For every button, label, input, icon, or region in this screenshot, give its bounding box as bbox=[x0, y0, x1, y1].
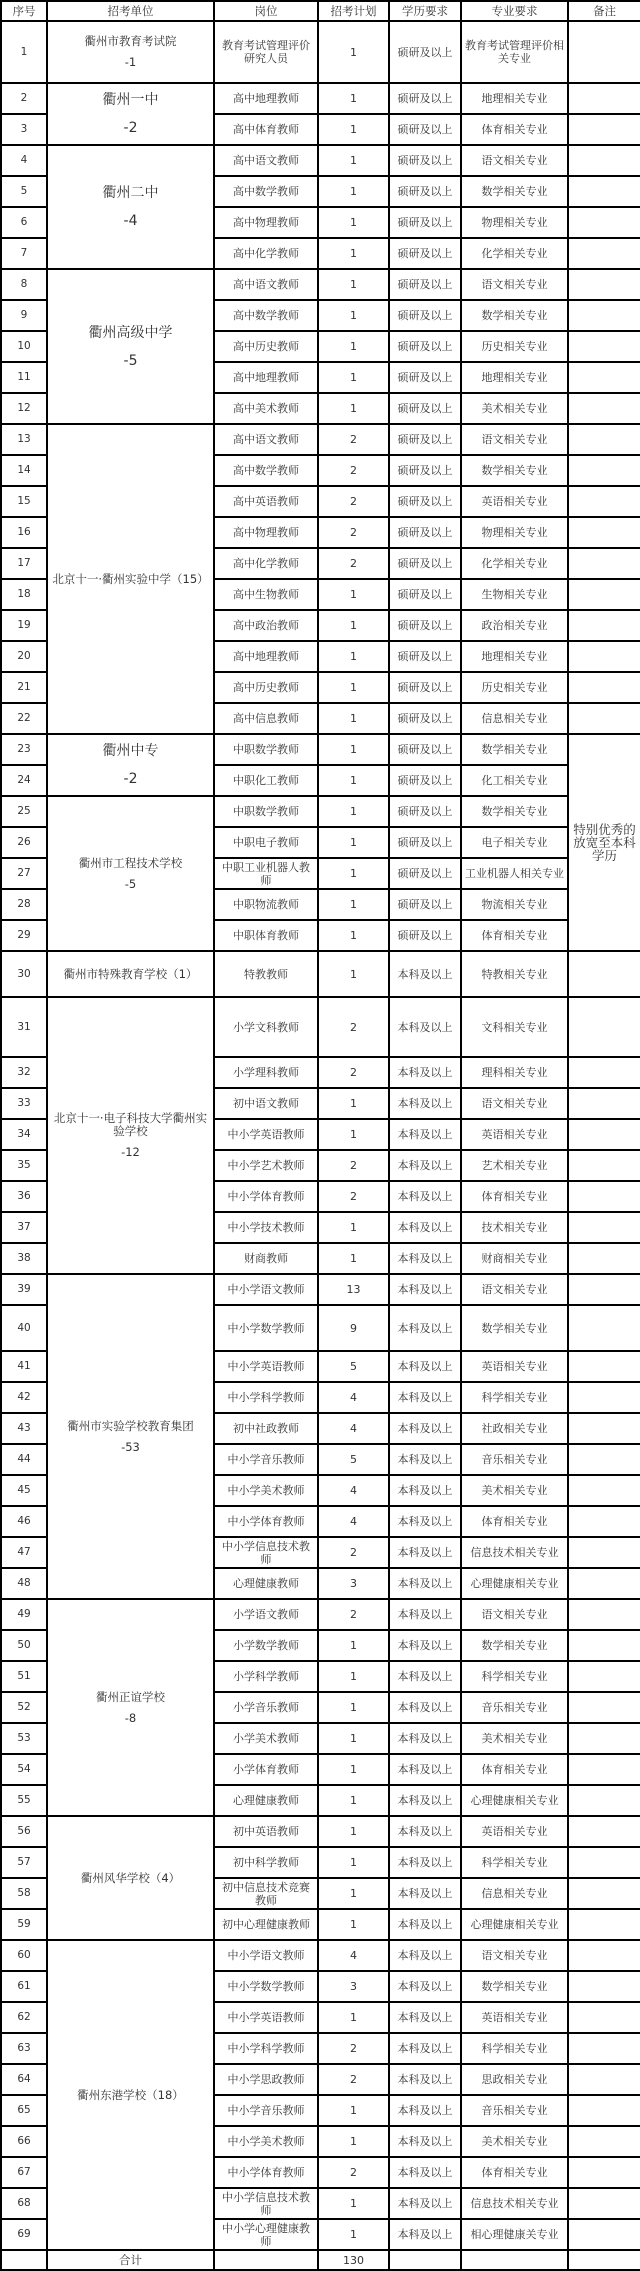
plan-cell: 2 bbox=[318, 1599, 389, 1630]
post-cell: 心理健康教师 bbox=[214, 1568, 318, 1599]
post-cell: 小学体育教师 bbox=[214, 1754, 318, 1785]
edu-cell: 本科及以上 bbox=[389, 1181, 461, 1212]
plan-cell: 1 bbox=[318, 1661, 389, 1692]
remark-cell bbox=[568, 579, 640, 610]
seq-cell: 45 bbox=[1, 1475, 47, 1506]
table-body: 1衢州市教育考试院-1教育考试管理评价研究人员1硕研及以上教育考试管理评价相关专… bbox=[1, 21, 640, 2250]
edu-cell: 硕研及以上 bbox=[389, 393, 461, 424]
major-cell: 体育相关专业 bbox=[461, 1181, 568, 1212]
seq-cell: 24 bbox=[1, 765, 47, 796]
edu-cell: 硕研及以上 bbox=[389, 21, 461, 83]
seq-cell: 68 bbox=[1, 2188, 47, 2219]
remark-cell bbox=[568, 1274, 640, 1305]
plan-cell: 2 bbox=[318, 997, 389, 1057]
edu-cell: 本科及以上 bbox=[389, 1971, 461, 2002]
plan-cell: 4 bbox=[318, 1413, 389, 1444]
remark-cell bbox=[568, 455, 640, 486]
seq-cell: 56 bbox=[1, 1816, 47, 1847]
post-cell: 高中数学教师 bbox=[214, 300, 318, 331]
plan-cell: 1 bbox=[318, 672, 389, 703]
remark-cell bbox=[568, 1847, 640, 1878]
post-cell: 初中信息技术竞赛教师 bbox=[214, 1878, 318, 1909]
plan-cell: 1 bbox=[318, 238, 389, 269]
seq-cell: 38 bbox=[1, 1243, 47, 1274]
major-cell: 体育相关专业 bbox=[461, 2157, 568, 2188]
edu-cell: 硕研及以上 bbox=[389, 796, 461, 827]
major-cell: 语文相关专业 bbox=[461, 424, 568, 455]
edu-cell: 本科及以上 bbox=[389, 2064, 461, 2095]
post-cell: 中职工业机器人教师 bbox=[214, 858, 318, 889]
remark-cell bbox=[568, 1243, 640, 1274]
major-cell: 心理健康相关专业 bbox=[461, 1785, 568, 1816]
remark-cell bbox=[568, 1723, 640, 1754]
post-cell: 初中社政教师 bbox=[214, 1413, 318, 1444]
plan-cell: 4 bbox=[318, 1940, 389, 1971]
unit-cell: 衢州二中-4 bbox=[47, 145, 214, 269]
major-cell: 化学相关专业 bbox=[461, 238, 568, 269]
plan-cell: 1 bbox=[318, 2188, 389, 2219]
edu-cell: 本科及以上 bbox=[389, 1599, 461, 1630]
post-cell: 中小学语文教师 bbox=[214, 1940, 318, 1971]
post-cell: 中小学信息技术教师 bbox=[214, 2188, 318, 2219]
plan-cell: 1 bbox=[318, 2095, 389, 2126]
edu-cell: 硕研及以上 bbox=[389, 238, 461, 269]
edu-cell: 本科及以上 bbox=[389, 2219, 461, 2250]
total-remark bbox=[568, 2250, 640, 2270]
post-cell: 高中化学教师 bbox=[214, 548, 318, 579]
post-cell: 高中美术教师 bbox=[214, 393, 318, 424]
post-cell: 中小学语文教师 bbox=[214, 1274, 318, 1305]
major-cell: 数学相关专业 bbox=[461, 455, 568, 486]
major-cell: 数学相关专业 bbox=[461, 734, 568, 765]
seq-cell: 19 bbox=[1, 610, 47, 641]
plan-cell: 1 bbox=[318, 1878, 389, 1909]
plan-cell: 1 bbox=[318, 176, 389, 207]
plan-cell: 1 bbox=[318, 1088, 389, 1119]
major-cell: 科学相关专业 bbox=[461, 1847, 568, 1878]
unit-count: -2 bbox=[50, 769, 211, 789]
major-cell: 体育相关专业 bbox=[461, 114, 568, 145]
plan-cell: 1 bbox=[318, 1243, 389, 1274]
plan-cell: 1 bbox=[318, 1785, 389, 1816]
edu-cell: 硕研及以上 bbox=[389, 176, 461, 207]
major-cell: 数学相关专业 bbox=[461, 176, 568, 207]
remark-cell bbox=[568, 1305, 640, 1351]
seq-cell: 6 bbox=[1, 207, 47, 238]
unit-name: 衢州二中 bbox=[103, 185, 159, 201]
unit-count: -4 bbox=[50, 211, 211, 231]
seq-cell: 25 bbox=[1, 796, 47, 827]
post-cell: 高中历史教师 bbox=[214, 672, 318, 703]
major-cell: 财商相关专业 bbox=[461, 1243, 568, 1274]
remark-cell bbox=[568, 1878, 640, 1909]
major-cell: 英语相关专业 bbox=[461, 1351, 568, 1382]
seq-cell: 46 bbox=[1, 1506, 47, 1537]
seq-cell: 52 bbox=[1, 1692, 47, 1723]
post-cell: 中小学美术教师 bbox=[214, 1475, 318, 1506]
edu-cell: 本科及以上 bbox=[389, 1816, 461, 1847]
remark-cell bbox=[568, 703, 640, 734]
major-cell: 美术相关专业 bbox=[461, 1723, 568, 1754]
header-seq: 序号 bbox=[1, 1, 47, 21]
plan-cell: 2 bbox=[318, 548, 389, 579]
remark-cell bbox=[568, 393, 640, 424]
major-cell: 体育相关专业 bbox=[461, 1754, 568, 1785]
seq-cell: 12 bbox=[1, 393, 47, 424]
edu-cell: 本科及以上 bbox=[389, 2095, 461, 2126]
major-cell: 美术相关专业 bbox=[461, 1475, 568, 1506]
seq-cell: 57 bbox=[1, 1847, 47, 1878]
plan-cell: 2 bbox=[318, 517, 389, 548]
seq-cell: 23 bbox=[1, 734, 47, 765]
plan-cell: 1 bbox=[318, 145, 389, 176]
total-label: 合计 bbox=[47, 2250, 214, 2270]
major-cell: 体育相关专业 bbox=[461, 1506, 568, 1537]
plan-cell: 2 bbox=[318, 1181, 389, 1212]
plan-cell: 1 bbox=[318, 1212, 389, 1243]
table-row: 56衢州风华学校（4）初中英语教师1本科及以上英语相关专业 bbox=[1, 1816, 640, 1847]
major-cell: 心理健康相关专业 bbox=[461, 1568, 568, 1599]
plan-cell: 4 bbox=[318, 1382, 389, 1413]
major-cell: 英语相关专业 bbox=[461, 1816, 568, 1847]
total-post bbox=[214, 2250, 318, 2270]
post-cell: 小学文科教师 bbox=[214, 997, 318, 1057]
plan-cell: 1 bbox=[318, 703, 389, 734]
major-cell: 数学相关专业 bbox=[461, 796, 568, 827]
post-cell: 小学美术教师 bbox=[214, 1723, 318, 1754]
seq-cell: 7 bbox=[1, 238, 47, 269]
seq-cell: 20 bbox=[1, 641, 47, 672]
post-cell: 中小学艺术教师 bbox=[214, 1150, 318, 1181]
seq-cell: 44 bbox=[1, 1444, 47, 1475]
seq-cell: 48 bbox=[1, 1568, 47, 1599]
major-cell: 工业机器人相关专业 bbox=[461, 858, 568, 889]
post-cell: 中小学信息技术教师 bbox=[214, 1537, 318, 1568]
seq-cell: 41 bbox=[1, 1351, 47, 1382]
edu-cell: 硕研及以上 bbox=[389, 486, 461, 517]
header-row: 序号 招考单位 岗位 招考计划 学历要求 专业要求 备注 bbox=[1, 1, 640, 21]
plan-cell: 1 bbox=[318, 1754, 389, 1785]
post-cell: 中小学美术教师 bbox=[214, 2126, 318, 2157]
remark-cell bbox=[568, 1568, 640, 1599]
edu-cell: 本科及以上 bbox=[389, 1351, 461, 1382]
edu-cell: 硕研及以上 bbox=[389, 517, 461, 548]
major-cell: 语文相关专业 bbox=[461, 1088, 568, 1119]
edu-cell: 本科及以上 bbox=[389, 1785, 461, 1816]
remark-cell bbox=[568, 2095, 640, 2126]
unit-name: 北京十一·电子科技大学衢州实验学校 bbox=[54, 1111, 207, 1138]
major-cell: 历史相关专业 bbox=[461, 331, 568, 362]
remark-cell bbox=[568, 1940, 640, 1971]
unit-cell: 衢州一中-2 bbox=[47, 83, 214, 145]
major-cell: 数学相关专业 bbox=[461, 1630, 568, 1661]
plan-cell: 1 bbox=[318, 641, 389, 672]
table-row: 1衢州市教育考试院-1教育考试管理评价研究人员1硕研及以上教育考试管理评价相关专… bbox=[1, 21, 640, 83]
plan-cell: 2 bbox=[318, 1057, 389, 1088]
plan-cell: 1 bbox=[318, 2002, 389, 2033]
major-cell: 信息技术相关专业 bbox=[461, 1537, 568, 1568]
edu-cell: 硕研及以上 bbox=[389, 455, 461, 486]
post-cell: 高中语文教师 bbox=[214, 145, 318, 176]
unit-cell: 衢州东港学校（18） bbox=[47, 1940, 214, 2250]
plan-cell: 1 bbox=[318, 889, 389, 920]
edu-cell: 硕研及以上 bbox=[389, 610, 461, 641]
remark-cell bbox=[568, 331, 640, 362]
remark-cell bbox=[568, 1119, 640, 1150]
edu-cell: 硕研及以上 bbox=[389, 858, 461, 889]
post-cell: 小学理科教师 bbox=[214, 1057, 318, 1088]
seq-cell: 13 bbox=[1, 424, 47, 455]
plan-cell: 2 bbox=[318, 2033, 389, 2064]
table-row: 49衢州正谊学校-8小学语文教师2本科及以上语文相关专业 bbox=[1, 1599, 640, 1630]
remark-cell bbox=[568, 145, 640, 176]
seq-cell: 47 bbox=[1, 1537, 47, 1568]
major-cell: 体育相关专业 bbox=[461, 920, 568, 951]
unit-name: 衢州市实验学校教育集团 bbox=[67, 1419, 194, 1433]
major-cell: 信息技术相关专业 bbox=[461, 2188, 568, 2219]
remark-cell bbox=[568, 997, 640, 1057]
plan-cell: 2 bbox=[318, 486, 389, 517]
unit-cell: 衢州市工程技术学校-5 bbox=[47, 796, 214, 951]
major-cell: 数学相关专业 bbox=[461, 1971, 568, 2002]
post-cell: 初中科学教师 bbox=[214, 1847, 318, 1878]
plan-cell: 1 bbox=[318, 734, 389, 765]
major-cell: 化学相关专业 bbox=[461, 548, 568, 579]
post-cell: 高中历史教师 bbox=[214, 331, 318, 362]
unit-count: -2 bbox=[50, 118, 211, 138]
remark-cell bbox=[568, 1971, 640, 2002]
remark-cell: 特别优秀的放宽至本科学历 bbox=[568, 734, 640, 951]
edu-cell: 本科及以上 bbox=[389, 1475, 461, 1506]
major-cell: 音乐相关专业 bbox=[461, 1444, 568, 1475]
remark-cell bbox=[568, 1506, 640, 1537]
post-cell: 中小学体育教师 bbox=[214, 1181, 318, 1212]
major-cell: 教育考试管理评价相关专业 bbox=[461, 21, 568, 83]
unit-name: 衢州中专 bbox=[103, 743, 159, 759]
post-cell: 高中信息教师 bbox=[214, 703, 318, 734]
unit-name: 衢州一中 bbox=[103, 92, 159, 108]
edu-cell: 本科及以上 bbox=[389, 1723, 461, 1754]
unit-name: 衢州市特殊教育学校（1） bbox=[64, 967, 198, 981]
plan-cell: 2 bbox=[318, 455, 389, 486]
post-cell: 中小学英语教师 bbox=[214, 2002, 318, 2033]
table-row: 23衢州中专-2中职数学教师1硕研及以上数学相关专业特别优秀的放宽至本科学历 bbox=[1, 734, 640, 765]
plan-cell: 1 bbox=[318, 83, 389, 114]
unit-cell: 衢州市教育考试院-1 bbox=[47, 21, 214, 83]
total-edu bbox=[389, 2250, 461, 2270]
unit-cell: 北京十一·衢州实验中学（15） bbox=[47, 424, 214, 734]
remark-cell bbox=[568, 1382, 640, 1413]
major-cell: 政治相关专业 bbox=[461, 610, 568, 641]
major-cell: 地理相关专业 bbox=[461, 83, 568, 114]
remark-cell bbox=[568, 2002, 640, 2033]
major-cell: 英语相关专业 bbox=[461, 1119, 568, 1150]
post-cell: 教育考试管理评价研究人员 bbox=[214, 21, 318, 83]
post-cell: 高中语文教师 bbox=[214, 269, 318, 300]
seq-cell: 55 bbox=[1, 1785, 47, 1816]
plan-cell: 1 bbox=[318, 765, 389, 796]
plan-cell: 13 bbox=[318, 1274, 389, 1305]
total-major bbox=[461, 2250, 568, 2270]
edu-cell: 硕研及以上 bbox=[389, 114, 461, 145]
edu-cell: 本科及以上 bbox=[389, 1088, 461, 1119]
major-cell: 语文相关专业 bbox=[461, 1940, 568, 1971]
remark-cell bbox=[568, 176, 640, 207]
plan-cell: 3 bbox=[318, 1971, 389, 2002]
remark-cell bbox=[568, 1630, 640, 1661]
post-cell: 中小学音乐教师 bbox=[214, 1444, 318, 1475]
plan-cell: 1 bbox=[318, 1630, 389, 1661]
edu-cell: 硕研及以上 bbox=[389, 362, 461, 393]
seq-cell: 15 bbox=[1, 486, 47, 517]
total-plan: 130 bbox=[318, 2250, 389, 2270]
major-cell: 美术相关专业 bbox=[461, 2126, 568, 2157]
post-cell: 高中数学教师 bbox=[214, 455, 318, 486]
post-cell: 高中化学教师 bbox=[214, 238, 318, 269]
major-cell: 化工相关专业 bbox=[461, 765, 568, 796]
plan-cell: 9 bbox=[318, 1305, 389, 1351]
edu-cell: 本科及以上 bbox=[389, 2126, 461, 2157]
remark-cell bbox=[568, 269, 640, 300]
seq-cell: 62 bbox=[1, 2002, 47, 2033]
seq-cell: 66 bbox=[1, 2126, 47, 2157]
major-cell: 科学相关专业 bbox=[461, 2033, 568, 2064]
edu-cell: 本科及以上 bbox=[389, 951, 461, 997]
remark-cell bbox=[568, 2188, 640, 2219]
major-cell: 社政相关专业 bbox=[461, 1413, 568, 1444]
seq-cell: 22 bbox=[1, 703, 47, 734]
post-cell: 中小学思政教师 bbox=[214, 2064, 318, 2095]
edu-cell: 本科及以上 bbox=[389, 1413, 461, 1444]
post-cell: 小学数学教师 bbox=[214, 1630, 318, 1661]
unit-cell: 衢州风华学校（4） bbox=[47, 1816, 214, 1940]
edu-cell: 本科及以上 bbox=[389, 1847, 461, 1878]
edu-cell: 本科及以上 bbox=[389, 1119, 461, 1150]
plan-cell: 2 bbox=[318, 1150, 389, 1181]
major-cell: 语文相关专业 bbox=[461, 1274, 568, 1305]
major-cell: 电子相关专业 bbox=[461, 827, 568, 858]
seq-cell: 21 bbox=[1, 672, 47, 703]
edu-cell: 本科及以上 bbox=[389, 1444, 461, 1475]
table-row: 39衢州市实验学校教育集团-53中小学语文教师13本科及以上语文相关专业 bbox=[1, 1274, 640, 1305]
edu-cell: 硕研及以上 bbox=[389, 424, 461, 455]
seq-cell: 9 bbox=[1, 300, 47, 331]
remark-cell bbox=[568, 951, 640, 997]
seq-cell: 61 bbox=[1, 1971, 47, 2002]
post-cell: 高中语文教师 bbox=[214, 424, 318, 455]
unit-name: 衢州东港学校（18） bbox=[77, 2088, 184, 2102]
plan-cell: 1 bbox=[318, 951, 389, 997]
remark-cell bbox=[568, 641, 640, 672]
seq-cell: 65 bbox=[1, 2095, 47, 2126]
seq-cell: 14 bbox=[1, 455, 47, 486]
edu-cell: 硕研及以上 bbox=[389, 145, 461, 176]
plan-cell: 5 bbox=[318, 1444, 389, 1475]
seq-cell: 37 bbox=[1, 1212, 47, 1243]
seq-cell: 59 bbox=[1, 1909, 47, 1940]
seq-cell: 3 bbox=[1, 114, 47, 145]
table-row: 31北京十一·电子科技大学衢州实验学校-12小学文科教师2本科及以上文科相关专业 bbox=[1, 997, 640, 1057]
plan-cell: 1 bbox=[318, 21, 389, 83]
header-plan: 招考计划 bbox=[318, 1, 389, 21]
major-cell: 科学相关专业 bbox=[461, 1661, 568, 1692]
seq-cell: 2 bbox=[1, 83, 47, 114]
major-cell: 物流相关专业 bbox=[461, 889, 568, 920]
unit-count: -12 bbox=[50, 1146, 211, 1159]
table-row: 8衢州高级中学-5高中语文教师1硕研及以上语文相关专业 bbox=[1, 269, 640, 300]
post-cell: 中小学体育教师 bbox=[214, 1506, 318, 1537]
seq-cell: 64 bbox=[1, 2064, 47, 2095]
post-cell: 高中地理教师 bbox=[214, 83, 318, 114]
major-cell: 历史相关专业 bbox=[461, 672, 568, 703]
remark-cell bbox=[568, 1057, 640, 1088]
remark-cell bbox=[568, 2064, 640, 2095]
post-cell: 初中英语教师 bbox=[214, 1816, 318, 1847]
post-cell: 高中数学教师 bbox=[214, 176, 318, 207]
edu-cell: 本科及以上 bbox=[389, 2157, 461, 2188]
post-cell: 初中心理健康教师 bbox=[214, 1909, 318, 1940]
table-row: 4衢州二中-4高中语文教师1硕研及以上语文相关专业 bbox=[1, 145, 640, 176]
edu-cell: 硕研及以上 bbox=[389, 641, 461, 672]
edu-cell: 本科及以上 bbox=[389, 1940, 461, 1971]
plan-cell: 1 bbox=[318, 610, 389, 641]
seq-cell: 17 bbox=[1, 548, 47, 579]
seq-cell: 11 bbox=[1, 362, 47, 393]
seq-cell: 50 bbox=[1, 1630, 47, 1661]
header-unit: 招考单位 bbox=[47, 1, 214, 21]
unit-name: 衢州市工程技术学校 bbox=[79, 856, 183, 870]
post-cell: 心理健康教师 bbox=[214, 1785, 318, 1816]
edu-cell: 硕研及以上 bbox=[389, 703, 461, 734]
edu-cell: 硕研及以上 bbox=[389, 920, 461, 951]
major-cell: 科学相关专业 bbox=[461, 1382, 568, 1413]
seq-cell: 18 bbox=[1, 579, 47, 610]
seq-cell: 4 bbox=[1, 145, 47, 176]
post-cell: 中小学科学教师 bbox=[214, 2033, 318, 2064]
seq-cell: 27 bbox=[1, 858, 47, 889]
seq-cell: 10 bbox=[1, 331, 47, 362]
edu-cell: 本科及以上 bbox=[389, 1537, 461, 1568]
seq-cell: 60 bbox=[1, 1940, 47, 1971]
edu-cell: 硕研及以上 bbox=[389, 548, 461, 579]
plan-cell: 2 bbox=[318, 2064, 389, 2095]
total-row: 合计 130 bbox=[1, 2250, 640, 2270]
major-cell: 理科相关专业 bbox=[461, 1057, 568, 1088]
remark-cell bbox=[568, 300, 640, 331]
major-cell: 英语相关专业 bbox=[461, 2002, 568, 2033]
edu-cell: 本科及以上 bbox=[389, 1506, 461, 1537]
plan-cell: 1 bbox=[318, 1692, 389, 1723]
major-cell: 语文相关专业 bbox=[461, 1599, 568, 1630]
seq-cell: 1 bbox=[1, 21, 47, 83]
remark-cell bbox=[568, 486, 640, 517]
edu-cell: 本科及以上 bbox=[389, 1057, 461, 1088]
seq-cell: 35 bbox=[1, 1150, 47, 1181]
post-cell: 中小学音乐教师 bbox=[214, 2095, 318, 2126]
plan-cell: 1 bbox=[318, 796, 389, 827]
post-cell: 高中物理教师 bbox=[214, 517, 318, 548]
post-cell: 高中体育教师 bbox=[214, 114, 318, 145]
edu-cell: 本科及以上 bbox=[389, 1382, 461, 1413]
remark-cell bbox=[568, 1599, 640, 1630]
edu-cell: 本科及以上 bbox=[389, 2002, 461, 2033]
header-edu: 学历要求 bbox=[389, 1, 461, 21]
seq-cell: 30 bbox=[1, 951, 47, 997]
seq-cell: 53 bbox=[1, 1723, 47, 1754]
table-row: 2衢州一中-2高中地理教师1硕研及以上地理相关专业 bbox=[1, 83, 640, 114]
edu-cell: 硕研及以上 bbox=[389, 765, 461, 796]
remark-cell bbox=[568, 672, 640, 703]
